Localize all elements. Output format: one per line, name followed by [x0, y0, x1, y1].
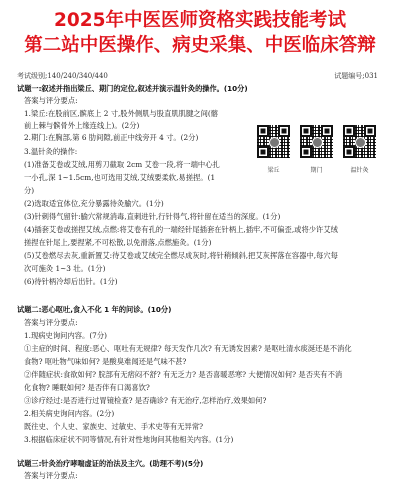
question2-line: 3.根据临床症状不同等情况,有针对性地询问其他相关内容。(1分) [24, 434, 233, 445]
exam-level: 考试级别;140/240/340/440 [17, 71, 108, 81]
qr-item-liangqiu[interactable]: 梁丘 [257, 124, 290, 174]
question2-line: 食物? 呕吐物气味如何? 是酸臭难闻还是气味不甚? [24, 356, 186, 367]
question2-answer-heading: 答案与评分要点: [24, 317, 78, 328]
question1-line: 一小孔,深 1~1.5cm,也可选用艾绒,艾绒要柔软,易搓捏。(1 [24, 172, 215, 183]
question1-line: (3)针刺得气留针:腧穴常规消毒,直刺进针,行针得气,将针留在适当的深度。(1分… [24, 211, 280, 222]
question-number: 试题编号;031 [334, 71, 378, 81]
question1-line: (6)待针柄冷却后出针。(1分) [24, 276, 118, 287]
question1-line: 次可施灸 1~3 壮。(1分) [24, 263, 105, 274]
question1-answer-heading: 答案与评分要点: [24, 95, 78, 106]
qr-label: 温针灸 [350, 165, 368, 174]
question3-answer-heading: 答案与评分要点: [24, 470, 78, 481]
question2-line: 2.相关病史询问内容。(2分) [24, 408, 114, 419]
question1-line: (4)插套艾卷或搓捏艾绒,点燃:将艾卷有孔的一端经针尾插套在针柄上,插牢,不可偏… [24, 224, 338, 235]
qr-item-wenzhenjiu[interactable]: 温针灸 [343, 124, 376, 174]
question1-title: 试题一:叙述并指出梁丘、期门的定位,叙述并演示温针灸的操作。(10分) [17, 83, 248, 94]
question2-line: ③诊疗经过:是否进行过胃镜检查? 是否确诊? 有无治疗,怎样治疗,效果如何? [24, 395, 266, 406]
question1-line: 搓捏在针尾上,要捏紧,不可松散,以免滑落,点燃施灸。(1分) [24, 237, 211, 248]
question2-line: 1.现病史询问内容。(7分) [24, 330, 107, 341]
question1-line: (1)准备艾卷或艾绒,用剪刀截取 2cm 艾卷一段,将一端中心扎 [24, 159, 220, 170]
question2-line: ②伴随症状:食欲如何? 脘部有无痞闷不舒? 有无乏力? 是否喜暖恶寒? 大便情况… [24, 369, 342, 380]
qr-label: 梁丘 [267, 165, 279, 174]
question2-line: 化食物? 睡眠如何? 是否伴有口渴喜饮? [24, 382, 150, 393]
qr-label: 期门 [310, 165, 322, 174]
question1-line: 1.梁丘:在股前区,髌底上 2 寸,股外侧肌与股直肌肌腱之间(髂 [24, 108, 218, 119]
question1-line: 分) [24, 185, 34, 196]
qr-code-group: 梁丘 期门 温针灸 [257, 124, 376, 174]
document-title-line1: 2025年中医医师资格实践技能考试 [0, 6, 400, 32]
qr-item-qimen[interactable]: 期门 [300, 124, 333, 174]
document-title-line2: 第二站中医操作、病史采集、中医临床答辩 [0, 31, 400, 57]
qr-code-icon[interactable] [342, 124, 377, 159]
question2-line: ①主症的时间、程度:恶心、呕吐有无规律? 每天发作几次? 有无诱发因素? 是呕吐… [24, 343, 352, 354]
question1-line: (2)选取适宜体位,充分暴露待灸腧穴。(1分) [24, 198, 164, 209]
question3-title: 试题三:针灸治疗哮喘虚证的治法及主穴。(助理不考)(5分) [17, 458, 203, 469]
question2-line: 既往史、个人史、家族史、过敏史、手术史等有无异常? [24, 421, 203, 432]
question1-line: 3.温针灸的操作: [24, 146, 77, 157]
question1-line: 前上棘与髌骨外上缘连线上)。(2分) [24, 120, 139, 131]
question2-title: 试题二:恶心呕吐,食入不化 1 年的问诊。(10分) [17, 304, 171, 315]
qr-code-icon[interactable] [256, 124, 291, 159]
question1-line: 2.期门:在胸部,第 6 肋间隙,前正中线旁开 4 寸。(2分) [24, 132, 198, 143]
question1-line: (5)艾卷燃尽去灰,重新置艾:待艾卷或艾绒完全燃尽成灰时,将针稍倾斜,把艾灰挥落… [24, 250, 338, 261]
qr-code-icon[interactable] [299, 124, 334, 159]
exam-meta-row: 考试级别;140/240/340/440 试题编号;031 [17, 71, 378, 81]
